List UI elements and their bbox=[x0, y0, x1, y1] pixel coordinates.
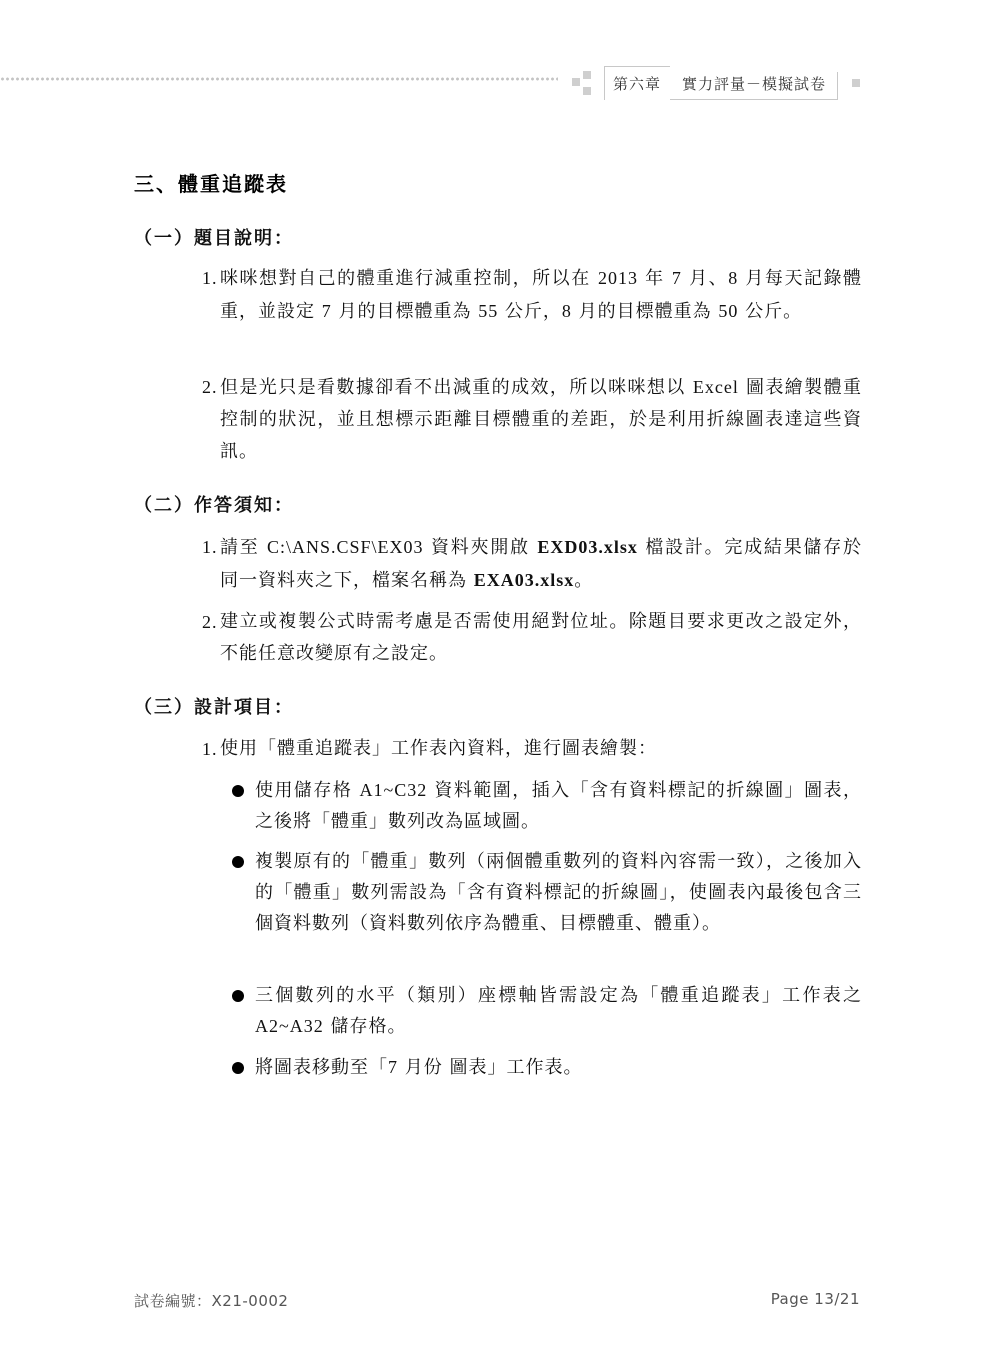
bullet-text: 使用儲存格 A1~C32 資料範圍，插入「含有資料標記的折線圖」圖表，之後將「體… bbox=[230, 775, 862, 837]
item-text: 建立或複製公式時需考慮是否需使用絕對位址。除題目要求更改之設定外，不能任意改變原… bbox=[202, 606, 862, 670]
header-border bbox=[670, 99, 838, 100]
header-border bbox=[604, 66, 605, 100]
bullet-text: 將圖表移動至「7 月份 圖表」工作表。 bbox=[230, 1052, 862, 1083]
bullet-icon bbox=[232, 856, 244, 868]
bullet-icon bbox=[232, 990, 244, 1002]
part2-item-2: 2. 建立或複製公式時需考慮是否需使用絕對位址。除題目要求更改之設定外，不能任意… bbox=[202, 606, 862, 670]
header-chapter: 第六章 bbox=[613, 73, 661, 94]
part1-item-1: 1. 咪咪想對自己的體重進行減重控制，所以在 2013 年 7 月、8 月每天記… bbox=[202, 262, 862, 328]
part1-heading: （一）題目說明： bbox=[134, 224, 294, 250]
decor-square bbox=[852, 79, 860, 87]
bullet-icon bbox=[232, 785, 244, 797]
bullet-item-2: 複製原有的「體重」數列（兩個體重數列的資料內容需一致），之後加入的「體重」數列需… bbox=[230, 846, 862, 939]
header-border bbox=[837, 72, 838, 100]
item-text: 但是光只是看數據卻看不出減重的成效，所以咪咪想以 Excel 圖表繪製體重控制的… bbox=[202, 371, 862, 468]
part3-item-1: 1. 使用「體重追蹤表」工作表內資料，進行圖表繪製： bbox=[202, 733, 862, 765]
bullet-item-3: 三個數列的水平（類別）座標軸皆需設定為「體重追蹤表」工作表之 A2~A32 儲存… bbox=[230, 980, 862, 1042]
decor-square bbox=[583, 87, 591, 95]
item-number: 1. bbox=[202, 531, 218, 563]
part1-item-2: 2. 但是光只是看數據卻看不出減重的成效，所以咪咪想以 Excel 圖表繪製體重… bbox=[202, 371, 862, 468]
part2-item-1: 1. 請至 C:\ANS.CSF\EX03 資料夾開啟 EXD03.xlsx 檔… bbox=[202, 531, 862, 597]
bullet-item-4: 將圖表移動至「7 月份 圖表」工作表。 bbox=[230, 1052, 862, 1083]
header-border bbox=[604, 66, 670, 67]
decor-square bbox=[583, 71, 591, 79]
running-header: 第六章 實力評量－模擬試卷 bbox=[604, 66, 838, 100]
item-number: 2. bbox=[202, 371, 218, 403]
section-title: 三、體重追蹤表 bbox=[134, 168, 288, 197]
decor-square bbox=[572, 78, 580, 86]
bullet-icon bbox=[232, 1062, 244, 1074]
item-text: 請至 C:\ANS.CSF\EX03 資料夾開啟 EXD03.xlsx 檔設計。… bbox=[202, 531, 862, 597]
header-title: 實力評量－模擬試卷 bbox=[682, 73, 826, 94]
header-dotted-rule bbox=[0, 77, 558, 81]
item-number: 1. bbox=[202, 262, 218, 294]
part3-heading: （三）設計項目： bbox=[134, 693, 294, 719]
part2-heading: （二）作答須知： bbox=[134, 491, 294, 517]
item-text: 咪咪想對自己的體重進行減重控制，所以在 2013 年 7 月、8 月每天記錄體重… bbox=[202, 262, 862, 328]
item-text: 使用「體重追蹤表」工作表內資料，進行圖表繪製： bbox=[202, 733, 862, 765]
item-number: 2. bbox=[202, 606, 218, 638]
page-number: Page 13/21 bbox=[771, 1290, 860, 1308]
exam-id: 試卷編號：X21-0002 bbox=[134, 1290, 288, 1311]
bullet-item-1: 使用儲存格 A1~C32 資料範圍，插入「含有資料標記的折線圖」圖表，之後將「體… bbox=[230, 775, 862, 837]
bullet-text: 複製原有的「體重」數列（兩個體重數列的資料內容需一致），之後加入的「體重」數列需… bbox=[230, 846, 862, 939]
bullet-text: 三個數列的水平（類別）座標軸皆需設定為「體重追蹤表」工作表之 A2~A32 儲存… bbox=[230, 980, 862, 1042]
item-number: 1. bbox=[202, 733, 218, 765]
